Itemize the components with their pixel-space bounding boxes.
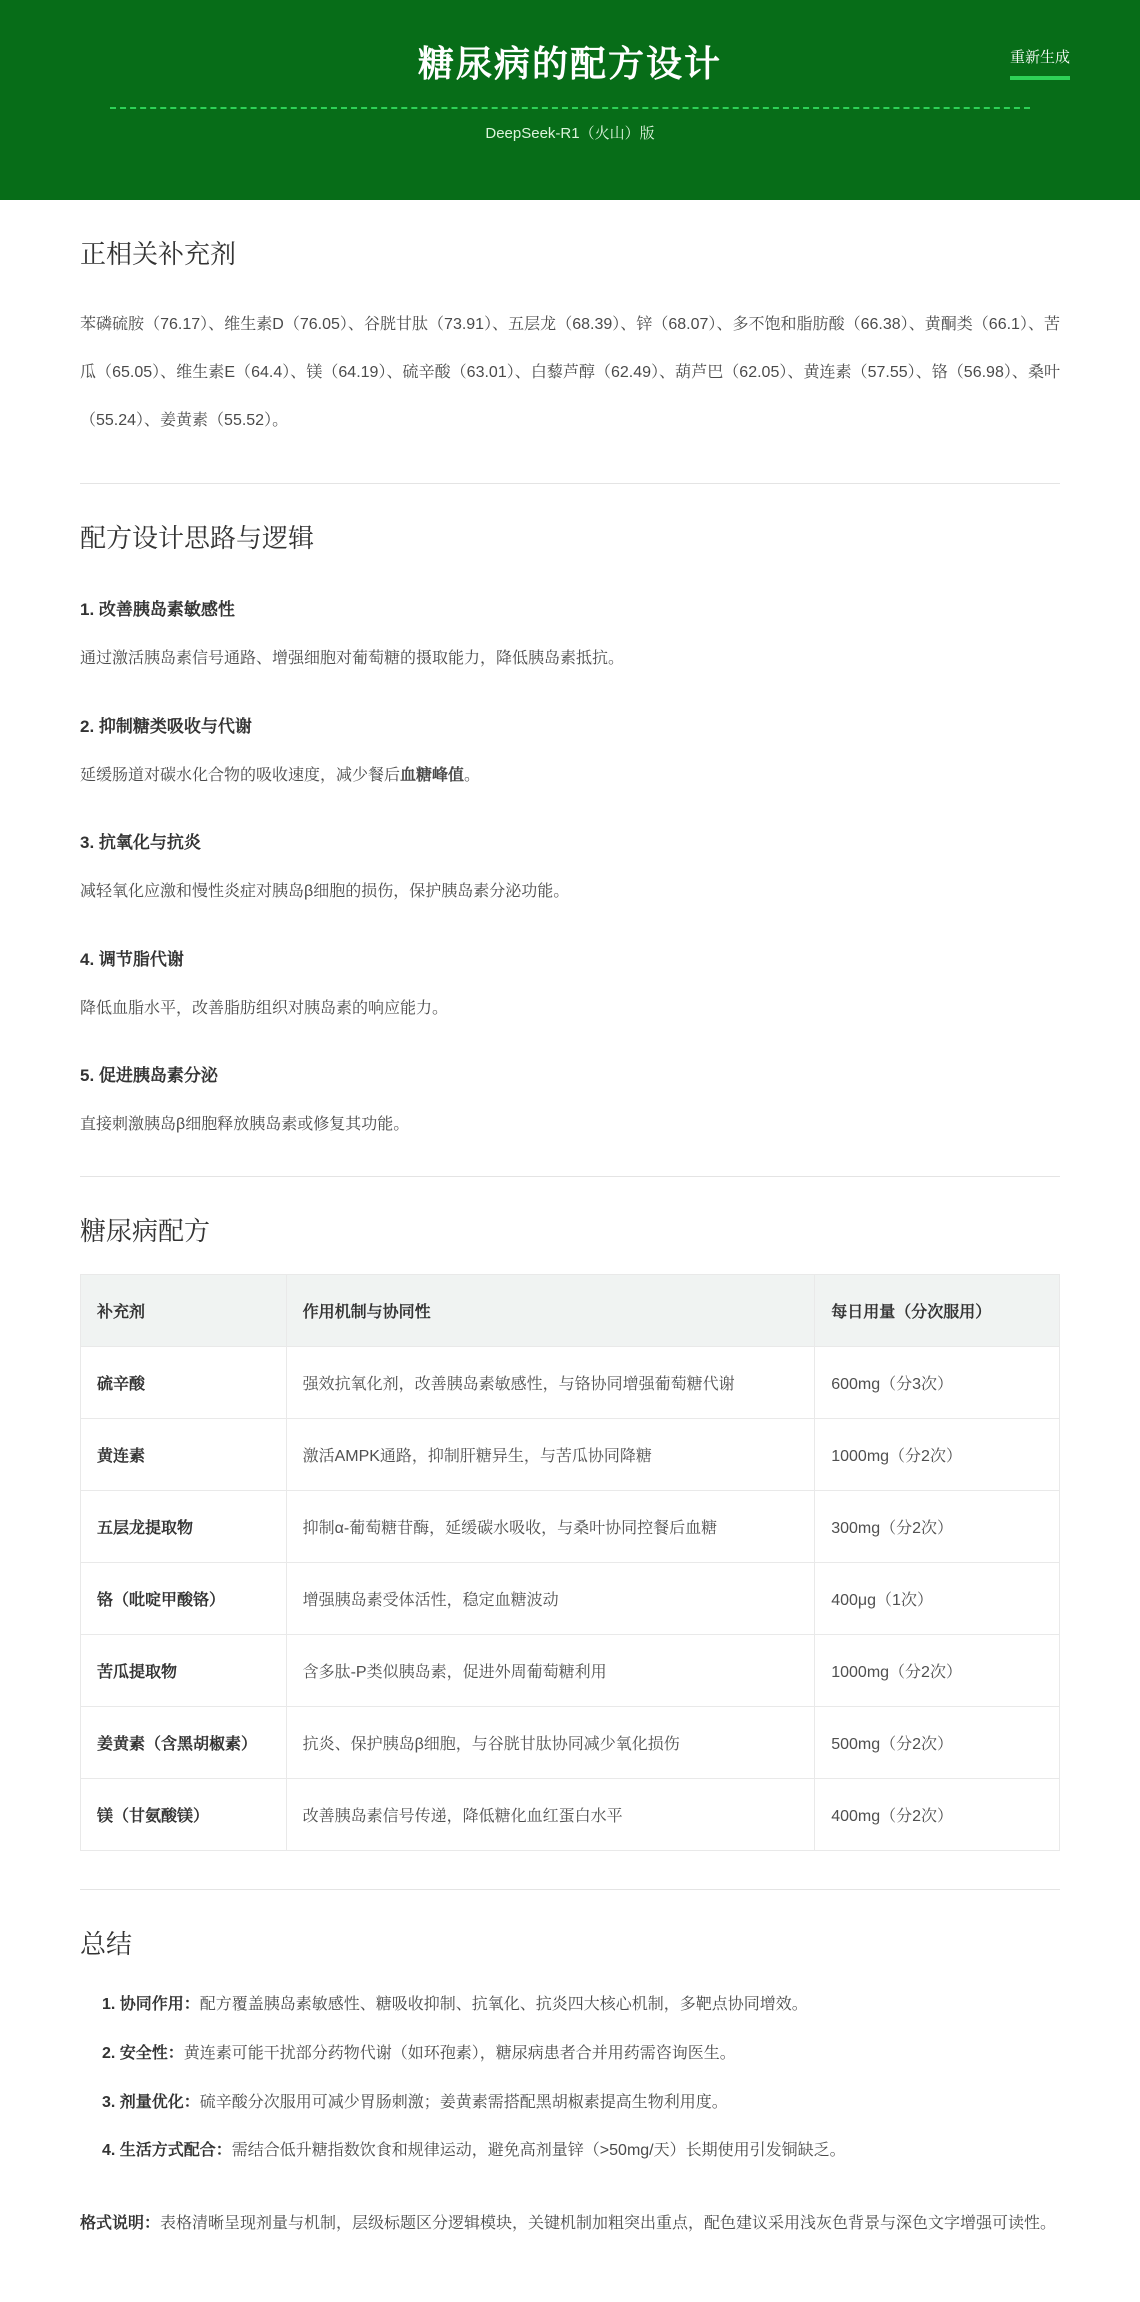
logic-item-5: 5. 促进胰岛素分泌 直接刺激胰岛β细胞释放胰岛素或修复其功能。 (80, 1061, 1060, 1138)
cell-dosage: 300mg（分2次） (815, 1490, 1060, 1562)
format-note: 格式说明：表格清晰呈现剂量与机制，层级标题区分逻辑模块，关键机制加粗突出重点，配… (80, 2200, 1060, 2248)
logic-item-title: 5. 促进胰岛素分泌 (80, 1061, 1060, 1086)
section-divider (80, 1889, 1060, 1890)
page-header: 糖尿病的配方设计 重新生成 DeepSeek-R1（火山）版 (0, 0, 1140, 200)
summary-item-1: 1. 协同作用：配方覆盖胰岛素敏感性、糖吸收抑制、抗氧化、抗炎四大核心机制，多靶… (102, 1993, 1060, 2018)
logic-item-desc: 通过激活胰岛素信号通路、增强细胞对葡萄糖的摄取能力，降低胰岛素抵抗。 (80, 646, 1060, 672)
cell-dosage: 1000mg（分2次） (815, 1418, 1060, 1490)
table-header-row: 补充剂 作用机制与协同性 每日用量（分次服用） (81, 1274, 1060, 1346)
section-heading-summary: 总结 (80, 1924, 1060, 1961)
section-design-logic: 配方设计思路与逻辑 1. 改善胰岛素敏感性 通过激活胰岛素信号通路、增强细胞对葡… (80, 518, 1060, 1138)
regenerate-button[interactable]: 重新生成 (1010, 46, 1070, 80)
logic-item-1: 1. 改善胰岛素敏感性 通过激活胰岛素信号通路、增强细胞对葡萄糖的摄取能力，降低… (80, 595, 1060, 672)
cell-mechanism: 增强胰岛素受体活性，稳定血糖波动 (286, 1562, 815, 1634)
table-row: 镁（甘氨酸镁） 改善胰岛素信号传递，降低糖化血红蛋白水平 400mg（分2次） (81, 1778, 1060, 1850)
cell-dosage: 500mg（分2次） (815, 1706, 1060, 1778)
cell-supplement: 苦瓜提取物 (81, 1634, 287, 1706)
table-row: 五层龙提取物 抑制α-葡萄糖苷酶，延缓碳水吸收，与桑叶协同控餐后血糖 300mg… (81, 1490, 1060, 1562)
section-summary: 总结 1. 协同作用：配方覆盖胰岛素敏感性、糖吸收抑制、抗氧化、抗炎四大核心机制… (80, 1924, 1060, 2164)
section-divider (80, 1176, 1060, 1177)
table-row: 黄连素 激活AMPK通路，抑制肝糖异生，与苦瓜协同降糖 1000mg（分2次） (81, 1418, 1060, 1490)
logic-item-3: 3. 抗氧化与抗炎 减轻氧化应激和慢性炎症对胰岛β细胞的损伤，保护胰岛素分泌功能… (80, 828, 1060, 905)
section-formula-table: 糖尿病配方 补充剂 作用机制与协同性 每日用量（分次服用） 硫辛酸 强效抗氧化剂… (80, 1211, 1060, 1851)
cell-supplement: 镁（甘氨酸镁） (81, 1778, 287, 1850)
summary-item-4: 4. 生活方式配合：需结合低升糖指数饮食和规律运动，避免高剂量锌（>50mg/天… (102, 2139, 1060, 2164)
cell-mechanism: 强效抗氧化剂，改善胰岛素敏感性，与铬协同增强葡萄糖代谢 (286, 1346, 815, 1418)
cell-supplement: 姜黄素（含黑胡椒素） (81, 1706, 287, 1778)
cell-supplement: 五层龙提取物 (81, 1490, 287, 1562)
cell-supplement: 黄连素 (81, 1418, 287, 1490)
column-header-mechanism: 作用机制与协同性 (286, 1274, 815, 1346)
table-row: 硫辛酸 强效抗氧化剂，改善胰岛素敏感性，与铬协同增强葡萄糖代谢 600mg（分3… (81, 1346, 1060, 1418)
table-row: 姜黄素（含黑胡椒素） 抗炎、保护胰岛β细胞，与谷胱甘肽协同减少氧化损伤 500m… (81, 1706, 1060, 1778)
cell-mechanism: 激活AMPK通路，抑制肝糖异生，与苦瓜协同降糖 (286, 1418, 815, 1490)
formula-table: 补充剂 作用机制与协同性 每日用量（分次服用） 硫辛酸 强效抗氧化剂，改善胰岛素… (80, 1274, 1060, 1851)
summary-item-3: 3. 剂量优化：硫辛酸分次服用可减少胃肠刺激；姜黄素需搭配黑胡椒素提高生物利用度… (102, 2091, 1060, 2116)
cell-dosage: 400μg（1次） (815, 1562, 1060, 1634)
cell-mechanism: 改善胰岛素信号传递，降低糖化血红蛋白水平 (286, 1778, 815, 1850)
logic-item-title: 1. 改善胰岛素敏感性 (80, 595, 1060, 620)
logic-item-4: 4. 调节脂代谢 降低血脂水平，改善脂肪组织对胰岛素的响应能力。 (80, 945, 1060, 1022)
logic-item-title: 2. 抑制糖类吸收与代谢 (80, 712, 1060, 737)
section-heading-positive: 正相关补充剂 (80, 234, 1060, 271)
logic-item-2: 2. 抑制糖类吸收与代谢 延缓肠道对碳水化合物的吸收速度，减少餐后血糖峰值。 (80, 712, 1060, 789)
logic-item-desc: 延缓肠道对碳水化合物的吸收速度，减少餐后血糖峰值。 (80, 763, 1060, 789)
cell-supplement: 铬（吡啶甲酸铬） (81, 1562, 287, 1634)
column-header-dosage: 每日用量（分次服用） (815, 1274, 1060, 1346)
section-divider (80, 483, 1060, 484)
cell-mechanism: 含多肽-P类似胰岛素，促进外周葡萄糖利用 (286, 1634, 815, 1706)
page-title: 糖尿病的配方设计 (0, 0, 1140, 87)
section-positive-supplements: 正相关补充剂 苯磷硫胺（76.17）、维生素D（76.05）、谷胱甘肽（73.9… (80, 234, 1060, 445)
logic-item-desc: 直接刺激胰岛β细胞释放胰岛素或修复其功能。 (80, 1112, 1060, 1138)
summary-list: 1. 协同作用：配方覆盖胰岛素敏感性、糖吸收抑制、抗氧化、抗炎四大核心机制，多靶… (80, 1993, 1060, 2164)
logic-item-desc: 减轻氧化应激和慢性炎症对胰岛β细胞的损伤，保护胰岛素分泌功能。 (80, 879, 1060, 905)
cell-dosage: 400mg（分2次） (815, 1778, 1060, 1850)
cell-dosage: 1000mg（分2次） (815, 1634, 1060, 1706)
report-body: 正相关补充剂 苯磷硫胺（76.17）、维生素D（76.05）、谷胱甘肽（73.9… (0, 234, 1140, 2302)
model-version-label: DeepSeek-R1（火山）版 (0, 122, 1140, 143)
positive-supplements-list: 苯磷硫胺（76.17）、维生素D（76.05）、谷胱甘肽（73.91）、五层龙（… (80, 301, 1060, 445)
logic-item-desc: 降低血脂水平，改善脂肪组织对胰岛素的响应能力。 (80, 996, 1060, 1022)
cell-supplement: 硫辛酸 (81, 1346, 287, 1418)
summary-item-2: 2. 安全性：黄连素可能干扰部分药物代谢（如环孢素），糖尿病患者合并用药需咨询医… (102, 2042, 1060, 2067)
column-header-supplement: 补充剂 (81, 1274, 287, 1346)
cell-mechanism: 抑制α-葡萄糖苷酶，延缓碳水吸收，与桑叶协同控餐后血糖 (286, 1490, 815, 1562)
logic-item-title: 4. 调节脂代谢 (80, 945, 1060, 970)
cell-dosage: 600mg（分3次） (815, 1346, 1060, 1418)
header-dashed-divider (110, 107, 1030, 109)
cell-mechanism: 抗炎、保护胰岛β细胞，与谷胱甘肽协同减少氧化损伤 (286, 1706, 815, 1778)
section-heading-logic: 配方设计思路与逻辑 (80, 518, 1060, 555)
section-heading-formula: 糖尿病配方 (80, 1211, 1060, 1248)
table-row: 苦瓜提取物 含多肽-P类似胰岛素，促进外周葡萄糖利用 1000mg（分2次） (81, 1634, 1060, 1706)
table-row: 铬（吡啶甲酸铬） 增强胰岛素受体活性，稳定血糖波动 400μg（1次） (81, 1562, 1060, 1634)
logic-item-title: 3. 抗氧化与抗炎 (80, 828, 1060, 853)
